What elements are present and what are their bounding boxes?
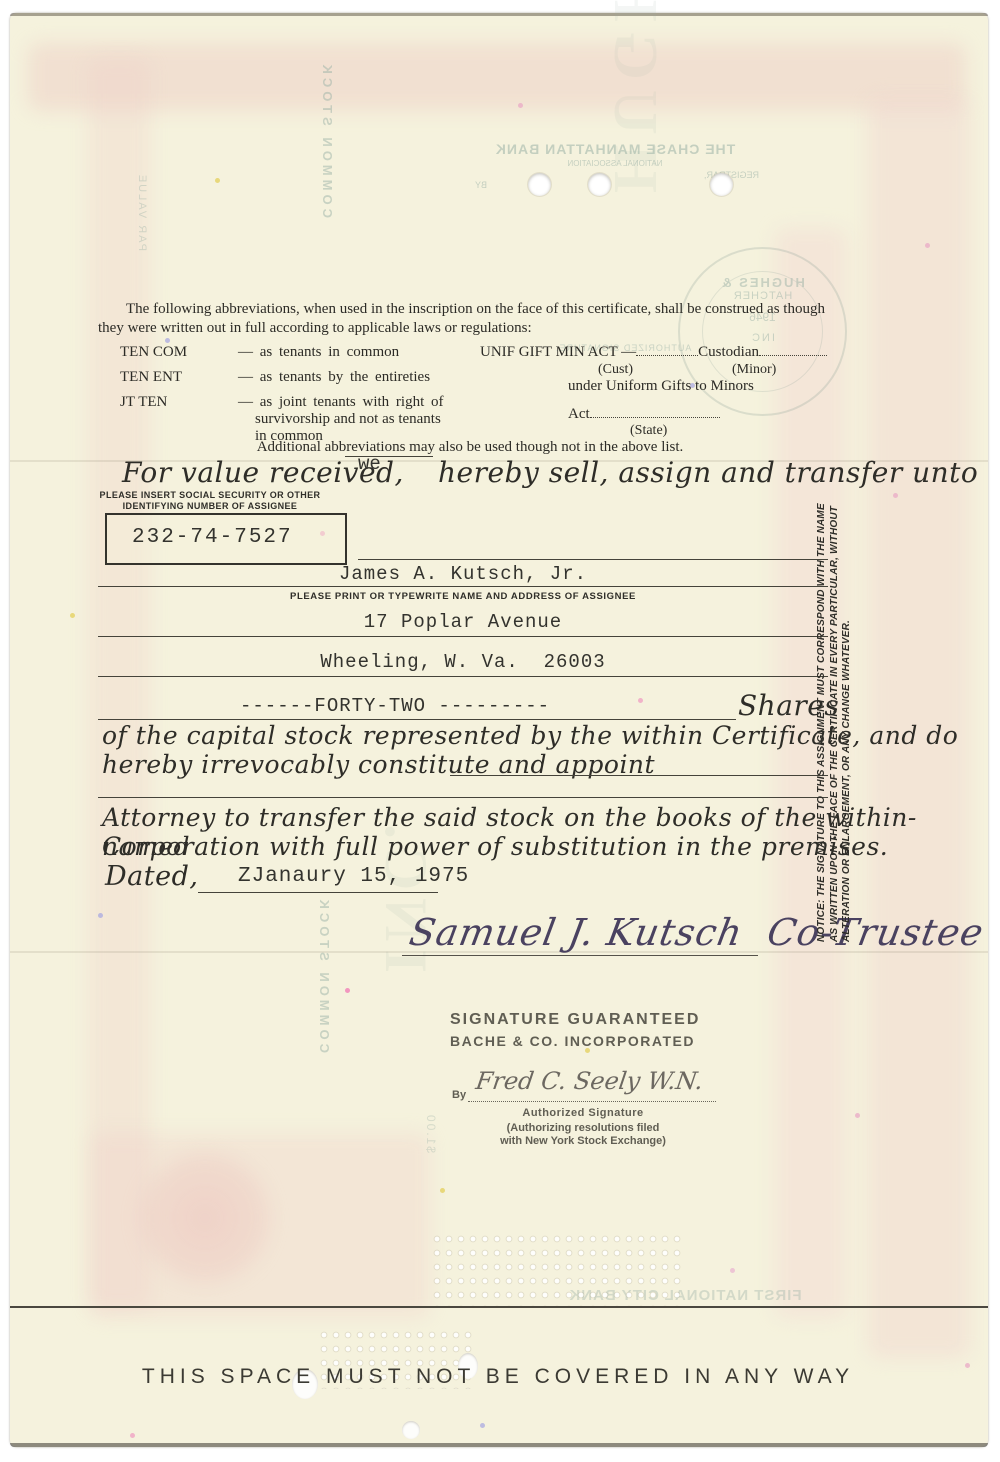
footer-notice: THIS SPACE MUST NOT BE COVERED IN ANY WA… <box>98 1365 898 1389</box>
side-notice-line3: ALTERATION OR ENLARGEMENT, OR ANY CHANGE… <box>841 480 854 942</box>
pink-rosette <box>140 1153 270 1283</box>
stamp-by-label: By <box>452 1089 466 1101</box>
ssn-caption: PLEASE INSERT SOCIAL SECURITY OR OTHER I… <box>98 490 322 512</box>
assignee-name: James A. Kutsch, Jr. <box>98 563 828 585</box>
abbrev-jt-ten: JT TEN <box>120 394 167 411</box>
ghost-par-amount: $1.00 <box>424 1113 438 1153</box>
holder-signature: Samuel J. Kutsch Co-Trustee <box>406 911 987 954</box>
name-underline <box>98 586 828 587</box>
ghost-common-stock-bottom: COMMON STOCK <box>317 895 332 1053</box>
unif-gift-label: UNIF GIFT MIN ACT — <box>480 344 636 360</box>
stamp-paren1: (Authorizing resolutions filed <box>450 1122 716 1134</box>
unif-dotted-3 <box>590 417 720 418</box>
abbreviations-intro-line1: The following abbreviations, when used i… <box>98 300 825 319</box>
pink-band-top <box>28 43 966 111</box>
name-caption: PLEASE PRINT OR TYPEWRITE NAME AND ADDRE… <box>98 591 828 602</box>
unif-state-label: (State) <box>630 423 667 439</box>
address-line1: 17 Poplar Avenue <box>98 611 828 633</box>
stamp-by-signature: Fred C. Seely W.N. <box>474 1067 705 1095</box>
ssn-caption-line2: IDENTIFYING NUMBER OF ASSIGNEE <box>98 501 322 512</box>
dated-label: Dated, <box>105 861 198 892</box>
punch-hole-2 <box>588 173 611 196</box>
address2-underline <box>98 676 828 677</box>
stamp-auth-sig: Authorized Signature <box>450 1107 716 1119</box>
unif-act-row: Act <box>568 406 720 423</box>
ghost-company-letters-top: HUGHES <box>599 0 670 193</box>
abbrev-jt-ten-desc2: survivorship and not as tenants <box>255 411 441 428</box>
perforation-cluster-upper <box>433 1235 685 1307</box>
dated-underline <box>198 892 438 893</box>
unif-dotted-2 <box>759 355 827 356</box>
address-line2: Wheeling, W. Va. 26003 <box>98 651 828 673</box>
shares-underline <box>98 719 736 720</box>
stamp-by-dotted-line <box>468 1101 716 1102</box>
unif-cust-label: (Cust) <box>598 362 633 378</box>
ssn-value: 232-74-7527 <box>132 526 293 549</box>
ssn-row-line <box>358 559 828 560</box>
unif-dotted-1 <box>636 355 698 356</box>
scanned-certificate-back: THE CHASE MANHATTAN BANK NATIONAL ASSOCI… <box>0 0 1000 1462</box>
appoint-underline <box>450 775 828 776</box>
address1-underline <box>98 636 828 637</box>
stamp-paren2: with New York Stock Exchange) <box>450 1135 716 1147</box>
side-notice: NOTICE: THE SIGNATURE TO THIS ASSIGNMENT… <box>816 480 854 942</box>
stamp-line2: BACHE & CO. INCORPORATED <box>450 1033 740 1049</box>
ssn-caption-line1: PLEASE INSERT SOCIAL SECURITY OR OTHER <box>98 490 322 501</box>
we-underline <box>345 456 433 457</box>
abbrev-ten-ent: TEN ENT <box>120 369 182 386</box>
signature-guaranteed-stamp: SIGNATURE GUARANTEED BACHE & CO. INCORPO… <box>450 1011 740 1147</box>
shares-typed: ------FORTY-TWO --------- <box>240 695 550 717</box>
unif-under-line: under Uniform Gifts to Minors <box>568 378 754 395</box>
ghost-common-stock-top: COMMON STOCK <box>320 60 335 218</box>
abbrev-ten-com-desc: — as tenants in common <box>238 344 399 361</box>
signature-underline <box>402 955 758 956</box>
abbrev-jt-ten-desc1: — as joint tenants with right of <box>238 394 443 411</box>
paper-damage-blob-3 <box>402 1421 420 1439</box>
unif-gift-row: UNIF GIFT MIN ACT —Custodian <box>480 344 827 361</box>
dated-value: ZJanaury 15, 1975 <box>238 865 469 888</box>
abbrev-ten-ent-desc: — as tenants by the entireties <box>238 369 430 386</box>
side-notice-line1: NOTICE: THE SIGNATURE TO THIS ASSIGNMENT… <box>816 480 829 942</box>
abbreviations-intro-line2: they were written out in full according … <box>98 320 532 336</box>
unif-custodian: Custodian <box>698 344 759 360</box>
attorney-line2: Corporation with full power of substitut… <box>102 832 888 861</box>
punch-hole-3 <box>710 173 733 196</box>
abbreviations-intro: The following abbreviations, when used i… <box>98 300 840 338</box>
abbreviations-additional: Additional abbreviations may also be use… <box>100 439 840 456</box>
ssn-box: 232-74-7527 <box>105 513 347 565</box>
unif-minor-label: (Minor) <box>732 362 776 378</box>
attorney-blank-line <box>98 797 828 798</box>
certificate-paper: THE CHASE MANHATTAN BANK NATIONAL ASSOCI… <box>10 13 988 1447</box>
ghost-par-value: PAR VALUE <box>136 173 148 251</box>
sell-assign-transfer: hereby sell, assign and transfer unto <box>438 456 978 489</box>
footer-rule <box>10 1306 988 1308</box>
punch-hole-1 <box>528 173 551 196</box>
side-notice-line2: AS WRITTEN UPON THE FACE OF THE CERTIFIC… <box>829 480 842 942</box>
abbrev-ten-com: TEN COM <box>120 344 187 361</box>
stamp-line1: SIGNATURE GUARANTEED <box>450 1011 740 1029</box>
unif-act-label: Act <box>568 406 590 422</box>
